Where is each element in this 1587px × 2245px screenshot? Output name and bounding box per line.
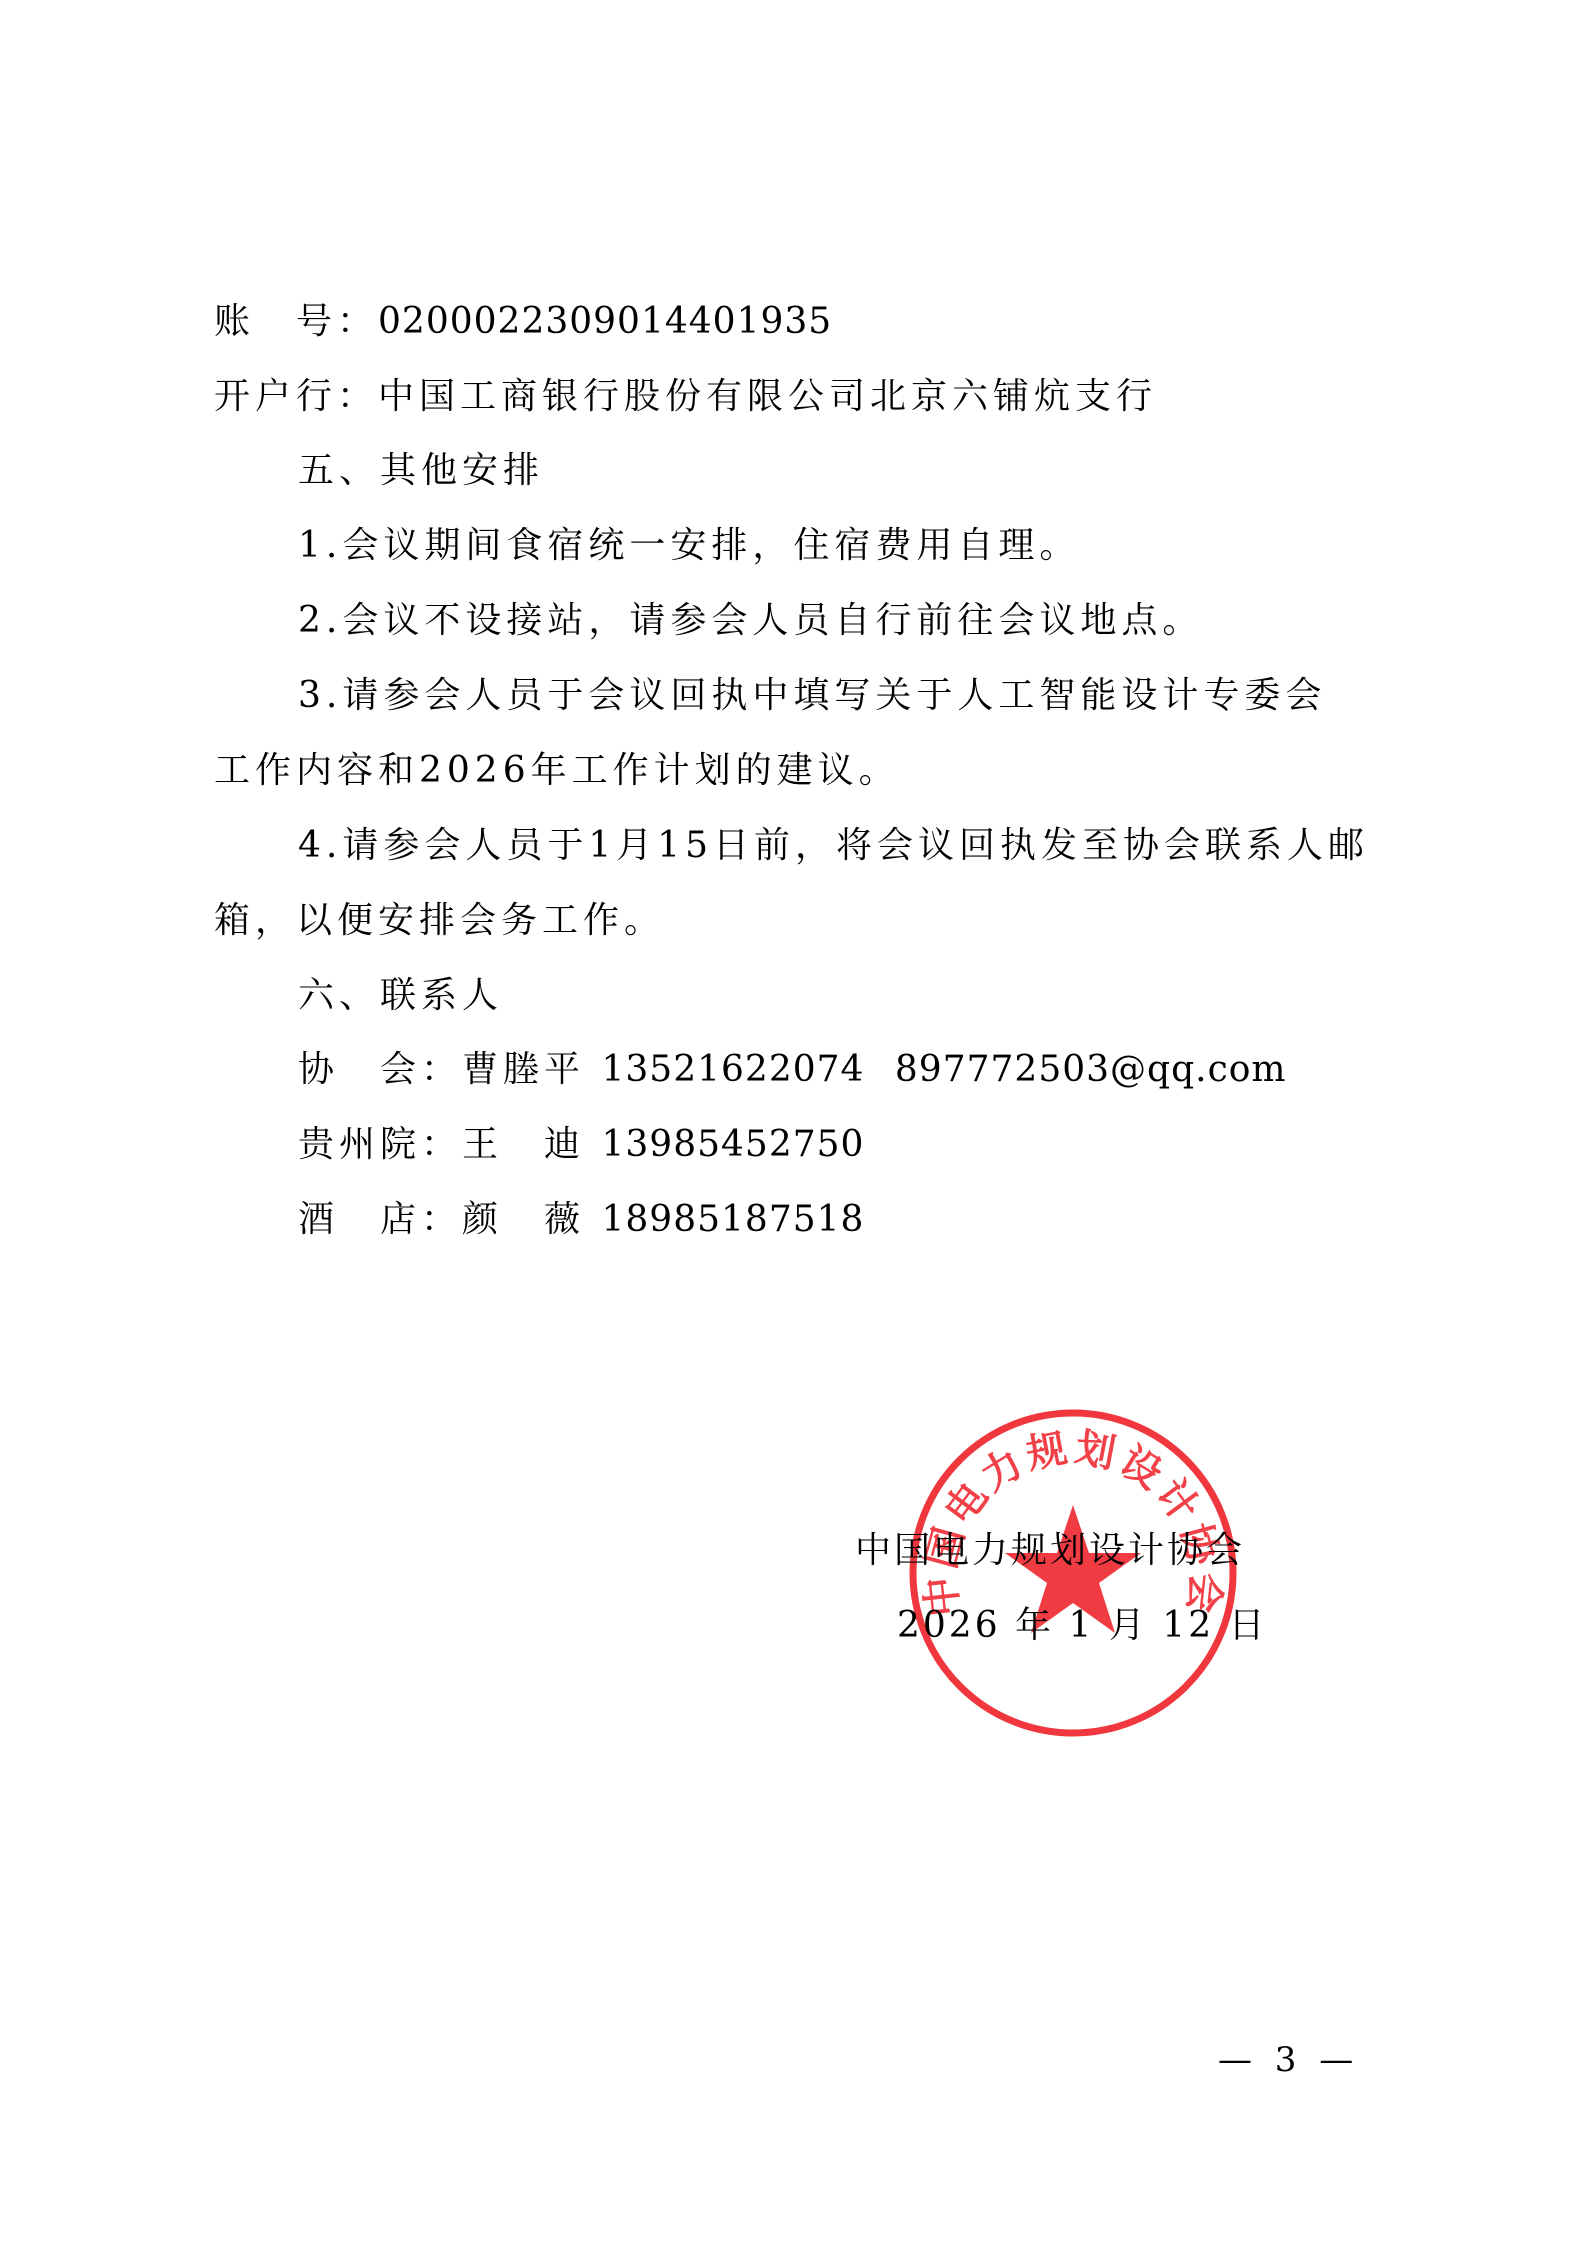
contact-phone: 18985187518 [601,1199,864,1240]
section5-item-2: 2.会议不设接站，请参会人员自行前往会议地点。 [298,599,1203,643]
contact-phone: 13985452750 [601,1124,864,1165]
page-number: — 3 — [1218,2040,1359,2080]
contact-name: 王 迪 [462,1124,585,1165]
contact-name: 曹塍平 [462,1049,585,1090]
section5-item-4-cont: 箱，以便安排会务工作。 [214,899,665,943]
bank-name: 中国工商银行股份有限公司北京六铺炕支行 [378,376,1157,417]
contact-row: 贵州院：王 迪 13985452750 [298,1123,864,1167]
section5-heading: 五、其他安排 [298,449,544,493]
contact-row: 酒 店：颜 薇 18985187518 [298,1198,864,1242]
account-number: 0200022309014401935 [378,301,832,342]
section5-item-4: 4.请参会人员于1月15日前，将会议回执发至协会联系人邮 [298,824,1369,868]
section5-item-3-cont: 工作内容和2026年工作计划的建议。 [214,749,900,793]
section5-item-3: 3.请参会人员于会议回执中填写关于人工智能设计专委会 [298,674,1326,718]
section5-item-1: 1.会议期间食宿统一安排，住宿费用自理。 [298,524,1080,568]
contact-org: 贵州院： [298,1124,462,1165]
contact-email: 897772503@qq.com [895,1049,1287,1090]
section6-heading: 六、联系人 [298,974,503,1018]
official-seal-icon: 中国电力规划设计协会 [905,1405,1241,1741]
account-label: 账 号： [214,301,378,342]
contact-name: 颜 薇 [462,1199,585,1240]
contact-phone: 13521622074 [601,1049,864,1090]
signature-organization: 中国电力规划设计协会 [855,1529,1245,1573]
signature-date: 2026 年 1 月 12 日 [897,1604,1268,1648]
contact-org: 酒 店： [298,1199,462,1240]
bank-line: 开户行：中国工商银行股份有限公司北京六铺炕支行 [214,375,1157,419]
bank-label: 开户行： [214,376,378,417]
contact-org: 协 会： [298,1049,462,1090]
account-line: 账 号：0200022309014401935 [214,300,832,344]
contact-row: 协 会：曹塍平 13521622074 897772503@qq.com [298,1048,1287,1092]
